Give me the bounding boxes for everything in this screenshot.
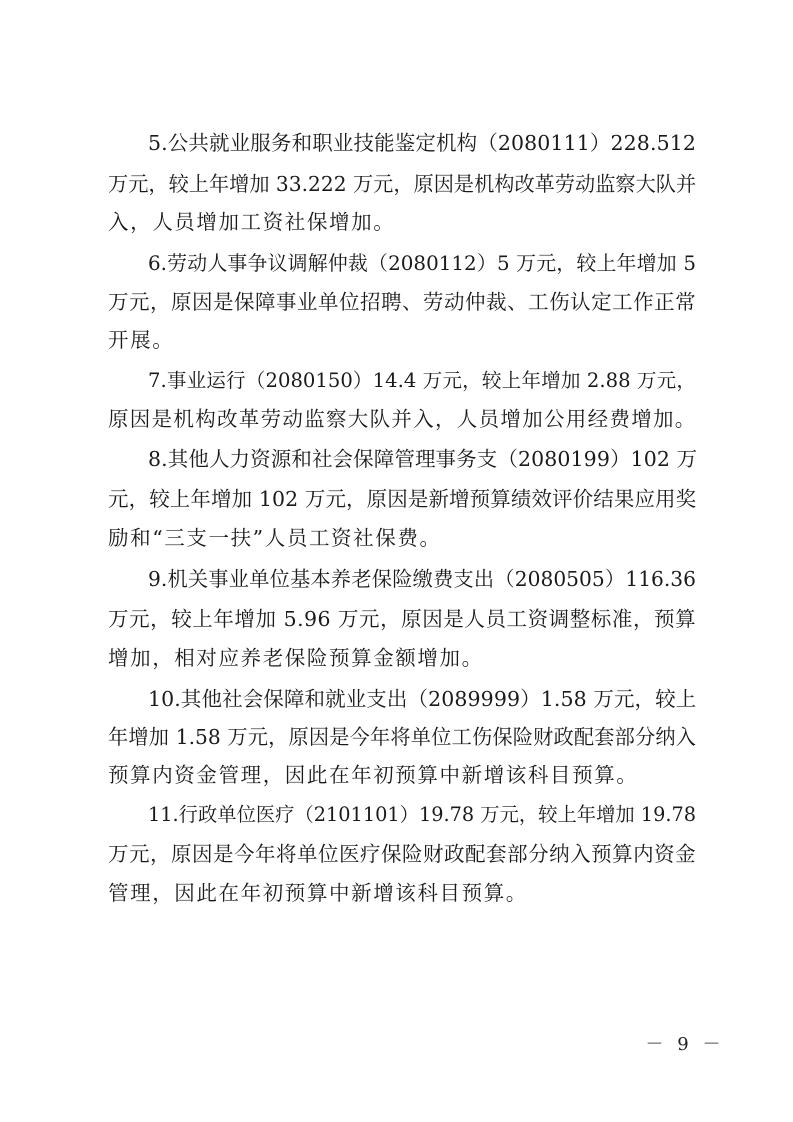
document-page: 5.公共就业服务和职业技能鉴定机构（2080111）228.512 万元，较上年… — [0, 0, 793, 1122]
paragraph-9-line-1: 9.机关事业单位基本养老保险缴费支出（2080505）116.36 — [148, 564, 696, 594]
paragraph-8-line-1: 8.其他人力资源和社会保障管理事务支（2080199）102 万 — [148, 444, 696, 474]
page-number: － 9 － — [640, 1033, 730, 1057]
paragraph-6-line-2: 万元，原因是保障事业单位招聘、劳动仲裁、工伤认定工作正常 — [108, 287, 696, 317]
paragraph-10-line-3: 预算内资金管理，因此在年初预算中新增该科目预算。 — [108, 760, 696, 790]
paragraph-5-line-2: 万元，较上年增加 33.222 万元，原因是机构改革劳动监察大队并 — [108, 169, 696, 199]
paragraph-9-line-3: 增加，相对应养老保险预算金额增加。 — [108, 643, 696, 673]
paragraph-11-line-1: 11.行政单位医疗（2101101）19.78 万元，较上年增加 19.78 — [148, 800, 696, 830]
paragraph-11-line-3: 管理，因此在年初预算中新增该科目预算。 — [108, 878, 696, 908]
paragraph-10-line-2: 年增加 1.58 万元，原因是今年将单位工伤保险财政配套部分纳入 — [108, 722, 696, 752]
paragraph-8-line-3: 励和“三支一扶”人员工资社保费。 — [108, 523, 696, 553]
paragraph-11-line-2: 万元，原因是今年将单位医疗保险财政配套部分纳入预算内资金 — [108, 839, 696, 869]
paragraph-10-line-1: 10.其他社会保障和就业支出（2089999）1.58 万元，较上 — [148, 684, 696, 714]
paragraph-8-line-2: 元，较上年增加 102 万元，原因是新增预算绩效评价结果应用奖 — [108, 484, 696, 514]
paragraph-6-line-3: 开展。 — [108, 325, 696, 355]
paragraph-6-line-1: 6.劳动人事争议调解仲裁（2080112）5 万元，较上年增加 5 — [148, 249, 696, 279]
paragraph-7-line-1: 7.事业运行（2080150）14.4 万元，较上年增加 2.88 万元， — [148, 366, 696, 396]
paragraph-7-line-2: 原因是机构改革劳动监察大队并入，人员增加公用经费增加。 — [108, 404, 696, 434]
paragraph-5-line-3: 入，人员增加工资社保增加。 — [108, 207, 696, 237]
paragraph-5-line-1: 5.公共就业服务和职业技能鉴定机构（2080111）228.512 — [148, 128, 696, 158]
paragraph-9-line-2: 万元，较上年增加 5.96 万元，原因是人员工资调整标准，预算 — [108, 604, 696, 634]
